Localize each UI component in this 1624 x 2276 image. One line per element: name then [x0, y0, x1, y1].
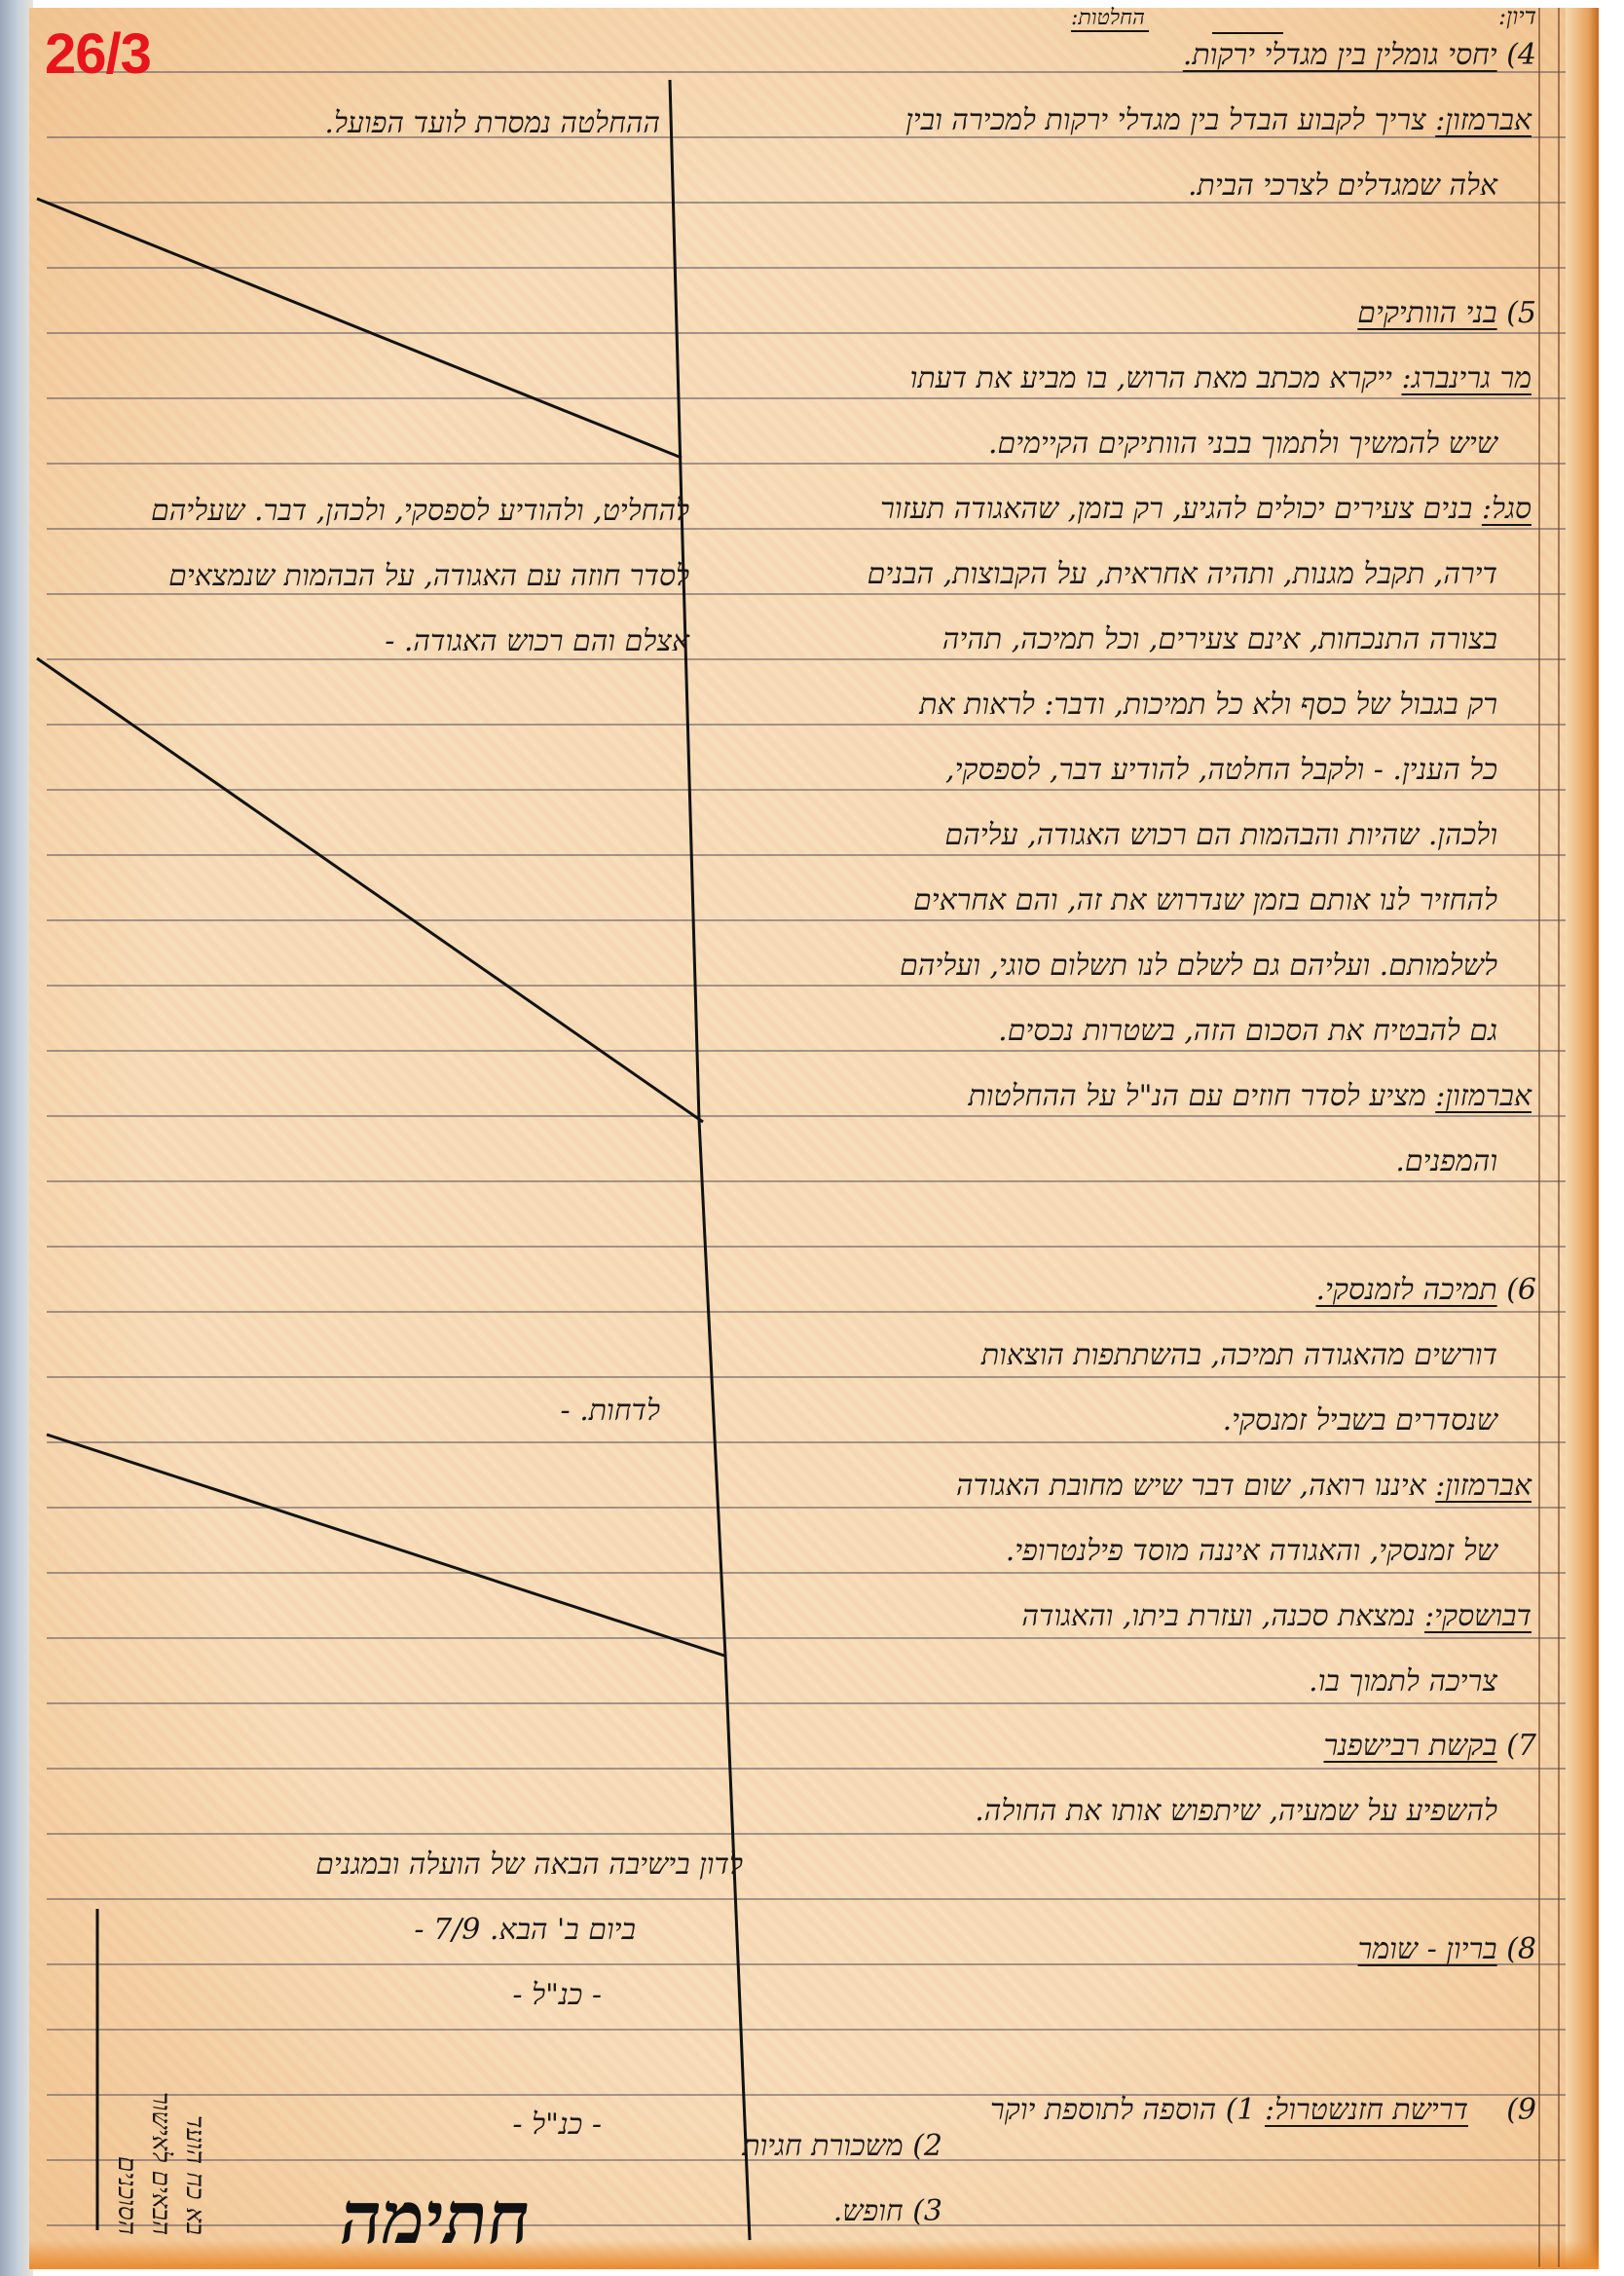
- agenda-item-heading: 7) בקשת רבישפנר: [1324, 1730, 1536, 1763]
- discussion-line: 3) חופש.: [833, 2195, 942, 2228]
- agenda-item-heading: 6) תמיכה לזמנסקי.: [1315, 1274, 1536, 1307]
- agenda-item-number: 9): [1506, 2093, 1536, 2127]
- discussion-text: אלה שמגדלים לצרכי הבית.: [1188, 168, 1497, 203]
- agenda-item-number: 6): [1506, 1273, 1536, 1307]
- decision-1: ההחלטה נמסרת לועד הפועל.: [324, 107, 660, 140]
- discussion-text: איננו רואה, שום דבר שיש מחובת האגודה: [956, 1469, 1426, 1503]
- discussion-text: צריכה לתמוך בו.: [1309, 1664, 1497, 1698]
- discussion-text: צריך לקבוע הבדל בין מגדלי ירקות למכירה ו…: [905, 103, 1426, 137]
- decision-4-line-4: - כנ"ל -: [512, 2108, 602, 2142]
- discussion-text: דורשים מהאגודה תמיכה, בהשתתפות הוצאות: [981, 1338, 1497, 1372]
- discussion-line: דרישת חזנשטרול: 1) הוספה לתוספת יוקר: [990, 2094, 1468, 2127]
- discussion-line: רק בגבול של כסף ולא כל תמיכות, ודבר: לרא…: [919, 689, 1497, 722]
- discussion-text: 3) חופש.: [833, 2194, 942, 2228]
- discussion-line: דבושסקי: נמצאת סכנה, ועזרת ביתו, והאגודה: [1021, 1600, 1532, 1633]
- agenda-item-title: בריון - שומר: [1358, 1932, 1497, 1966]
- discussion-line: והמפנים.: [1395, 1145, 1497, 1178]
- speaker-name: סגל:: [1482, 492, 1532, 526]
- discussion-text: ולכהן. שהיות והבהמות הם רכוש האגודה, עלי…: [944, 818, 1497, 852]
- agenda-item-heading: 8) בריון - שומר: [1358, 1933, 1536, 1966]
- discussion-line: להחזיר לנו אותם בזמן שנדרוש את זה, והם א…: [913, 884, 1497, 917]
- discussion-text: נמצאת סכנה, ועזרת ביתו, והאגודה: [1021, 1599, 1415, 1633]
- discussion-line: מר גרינברג: ייקרא מכתב מאת הרוש, בו מביע…: [910, 362, 1532, 395]
- discussion-line: כל הענין. - ולקבל החלטה, להודיע דבר, לספ…: [945, 754, 1497, 787]
- decision-4-line-2: ביום ב' הבא. 7/9 -: [414, 1914, 636, 1947]
- discussion-line: להשפיע על שמעיה, שיתפוש אותו את החולה.: [975, 1795, 1497, 1828]
- speaker-name: דבושסקי:: [1424, 1599, 1532, 1633]
- discussion-line: דורשים מהאגודה תמיכה, בהשתתפות הוצאות: [981, 1339, 1497, 1372]
- discussion-text: להחזיר לנו אותם בזמן שנדרוש את זה, והם א…: [913, 883, 1497, 917]
- discussion-text: של זמנסקי, והאגודה איננה מוסד פילנטרופי.: [1006, 1534, 1497, 1568]
- signature-labels-col-1: הסוכנים: [112, 1923, 141, 2235]
- signature-labels-col-2: הבאים לאישור: [146, 1923, 175, 2235]
- discussion-line: לשלמותם. ועליהם גם לשלם לנו תשלום סוגי, …: [900, 950, 1497, 983]
- discussion-line: שיש להמשיך ולתמוך בבני הוותיקים הקיימים.: [988, 428, 1497, 461]
- discussion-text: מציע לסדר חוזים עם הנ"ל על ההחלטות: [969, 1079, 1426, 1113]
- speaker-name: מר גרינברג:: [1401, 361, 1532, 395]
- agenda-item-title: בקשת רבישפנר: [1324, 1729, 1497, 1763]
- agenda-item-number: 5): [1506, 296, 1536, 330]
- speaker-name: אברמזון:: [1435, 1079, 1532, 1113]
- discussion-line: ולכהן. שהיות והבהמות הם רכוש האגודה, עלי…: [944, 819, 1497, 852]
- agenda-item-heading: 5) בני הוותיקים: [1357, 297, 1536, 330]
- discussion-text: גם להבטיח את הסכום הזה, בשטרות נכסים.: [998, 1014, 1497, 1048]
- agenda-item-number: 4): [1506, 38, 1536, 72]
- discussion-line: גם להבטיח את הסכום הזה, בשטרות נכסים.: [998, 1015, 1497, 1048]
- discussion-line: בצורה התנכחות, אינם צעירים, וכל תמיכה, ת…: [942, 623, 1497, 656]
- decision-2-line-2: לסדר חוזה עם האגודה, על הבהמות שנמצאים: [168, 560, 689, 593]
- decision-2-line-1: להחליט, ולהודיע לספסקי, ולכהן, דבר. שעלי…: [151, 495, 689, 528]
- signature: חתימה: [335, 2177, 536, 2261]
- agenda-item-number: 8): [1506, 1932, 1536, 1966]
- discussion-line: אברמזון: מציע לסדר חוזים עם הנ"ל על ההחל…: [969, 1080, 1532, 1113]
- agenda-item-title: תמיכה לזמנסקי.: [1315, 1273, 1496, 1307]
- decision-3: לדחות. -: [561, 1395, 660, 1428]
- discussion-text: כל הענין. - ולקבל החלטה, להודיע דבר, לספ…: [945, 753, 1497, 787]
- discussion-line: אלה שמגדלים לצרכי הבית.: [1188, 169, 1497, 203]
- discussion-text: דירה, תקבל מגנות, ותהיה אחראית, על הקבוצ…: [867, 557, 1497, 591]
- decision-2-line-3: אצלם והם רכוש האגודה. -: [385, 625, 689, 658]
- agenda-item-heading: 9): [1506, 2094, 1536, 2127]
- discussion-text: להשפיע על שמעיה, שיתפוש אותו את החולה.: [975, 1794, 1497, 1828]
- discussion-line: דירה, תקבל מגנות, ותהיה אחראית, על הקבוצ…: [867, 558, 1497, 591]
- agenda-item-number: 7): [1506, 1729, 1536, 1763]
- agenda-item-title: יחסי גומלין בין מגדלי ירקות.: [1183, 38, 1497, 72]
- speaker-name: אברמזון:: [1435, 1469, 1532, 1503]
- discussion-text: שנסדרים בשביל זמנסקי.: [1223, 1403, 1497, 1437]
- discussion-text: רק בגבול של כסף ולא כל תמיכות, ודבר: לרא…: [919, 688, 1497, 722]
- decision-4-line-3: - כנ"ל -: [512, 1979, 602, 2012]
- discussion-line: סגל: בנים צעירים יכולים להגיע, רק בזמן, …: [880, 493, 1532, 526]
- decisions-column-header: החלטות:: [1071, 2, 1145, 35]
- discussion-text: שיש להמשיך ולתמוך בבני הוותיקים הקיימים.: [988, 427, 1497, 461]
- discussion-text: בנים צעירים יכולים להגיע, רק בזמן, שהאגו…: [880, 492, 1472, 526]
- discussion-text: והמפנים.: [1395, 1144, 1497, 1178]
- discussion-line: אברמזון: איננו רואה, שום דבר שיש מחובת ה…: [956, 1470, 1532, 1503]
- discussion-line: שנסדרים בשביל זמנסקי.: [1223, 1404, 1497, 1437]
- discussion-text: 1) הוספה לתוספת יוקר: [990, 2093, 1255, 2127]
- discussion-line: צריכה לתמוך בו.: [1309, 1665, 1497, 1698]
- speaker-name: אברמזון:: [1435, 103, 1532, 137]
- discussion-line: 2) משכורת חגיות: [742, 2130, 942, 2163]
- page-stamp: 26/3: [45, 25, 151, 84]
- decision-4-line-1: לדון בישיבה הבאה של הועלה ובמגנים: [315, 1848, 743, 1882]
- discussion-line: של זמנסקי, והאגודה איננה מוסד פילנטרופי.: [1006, 1535, 1497, 1568]
- agenda-item-heading: 4) יחסי גומלין בין מגדלי ירקות.: [1183, 39, 1536, 72]
- discussion-text: ייקרא מכתב מאת הרוש, בו מביע את דעתו: [910, 361, 1392, 395]
- discussion-text: לשלמותם. ועליהם גם לשלם לנו תשלום סוגי, …: [900, 949, 1497, 983]
- agenda-item-title: בני הוותיקים: [1357, 296, 1496, 330]
- speaker-name: דרישת חזנשטרול:: [1265, 2093, 1468, 2127]
- discussion-column-header: דיון:: [1498, 0, 1536, 33]
- discussion-text: 2) משכורת חגיות: [742, 2129, 942, 2163]
- discussion-line: אברמזון: צריך לקבוע הבדל בין מגדלי ירקות…: [905, 104, 1532, 137]
- discussion-text: בצורה התנכחות, אינם צעירים, וכל תמיכה, ת…: [942, 622, 1497, 656]
- signature-labels-col-3: בא כח הועד: [180, 1923, 209, 2235]
